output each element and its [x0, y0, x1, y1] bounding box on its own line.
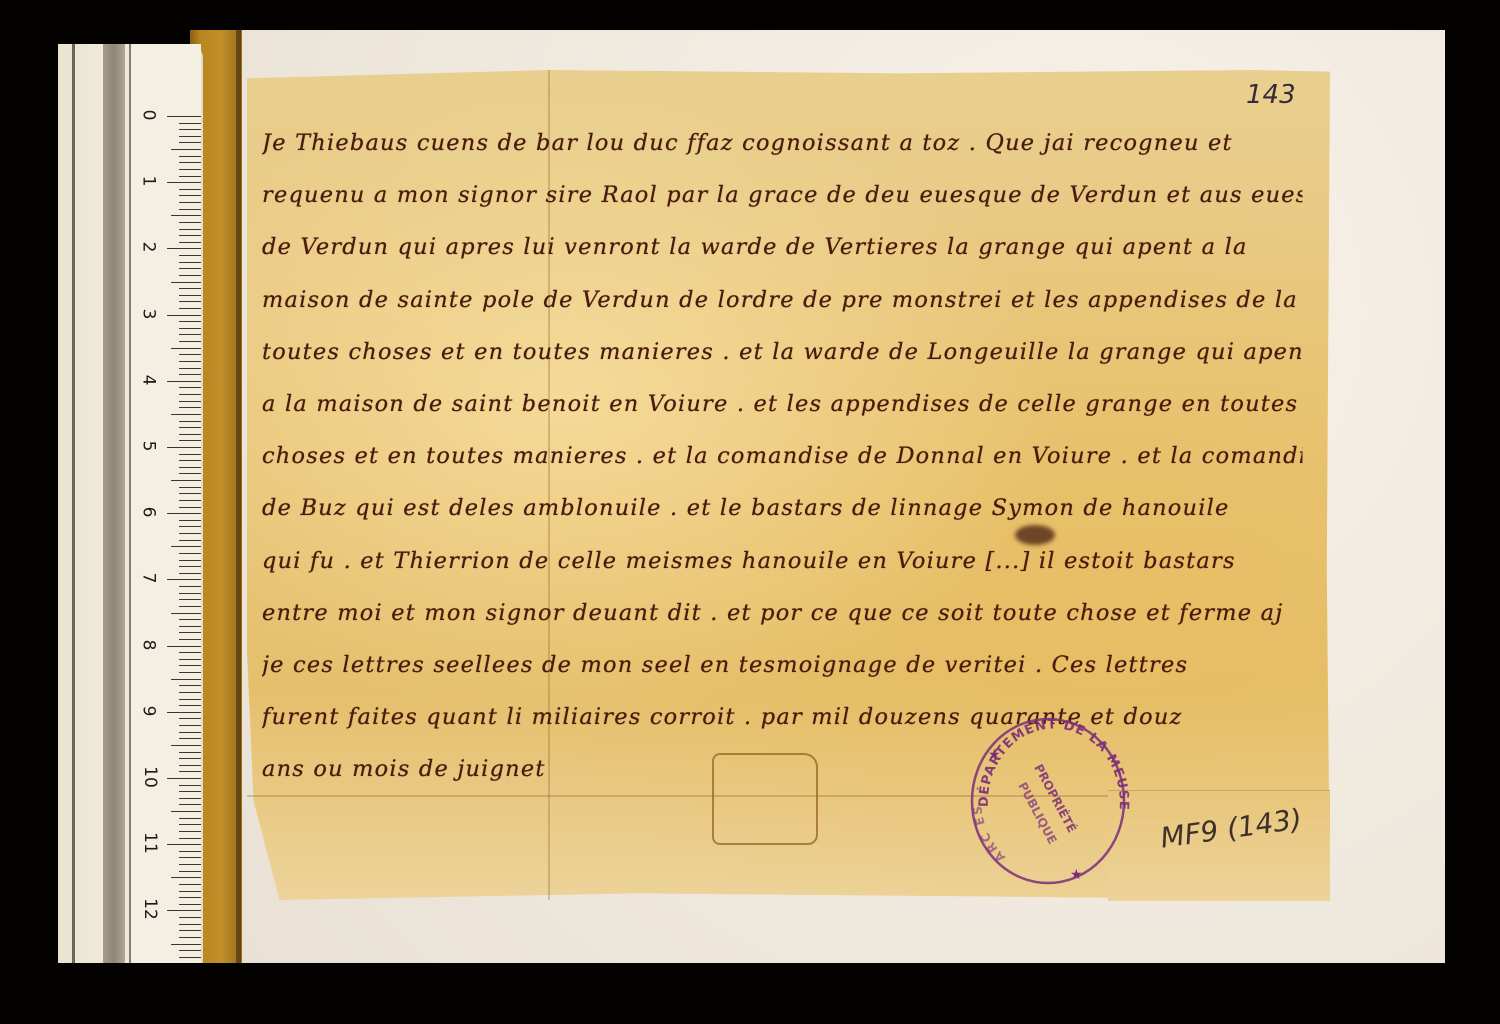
ruler-tick	[167, 646, 201, 647]
ruler-tick	[179, 672, 201, 673]
ruler-tick	[179, 421, 201, 422]
ruler-tick	[171, 613, 201, 614]
ruler-tick	[167, 910, 201, 911]
text-line-4: maison de sainte pole de Verdun de lordr…	[262, 275, 1302, 327]
ruler-tick	[179, 957, 201, 958]
ruler-tick	[179, 804, 201, 805]
text-line-12: furent faites quant li miliaires corroit…	[262, 692, 1302, 744]
text-line-5: toutes choses et en toutes manieres . et…	[262, 327, 1302, 379]
ruler-tick	[179, 725, 201, 726]
text-line-3: de Verdun qui apres lui venront la warde…	[262, 222, 1302, 274]
ruler-tick	[179, 189, 201, 190]
ruler-tick	[179, 129, 201, 130]
ruler-tick	[171, 282, 201, 283]
ruler-tick	[179, 454, 201, 455]
ruler-label: 2	[138, 242, 158, 253]
ruler-tick	[179, 606, 201, 607]
ruler-tick	[179, 785, 201, 786]
ruler-tick	[179, 692, 201, 693]
ruler-tick	[179, 268, 201, 269]
ruler-tick	[171, 480, 201, 481]
ruler-tick	[179, 818, 201, 819]
ruler-tick	[179, 295, 201, 296]
ruler-tick	[167, 778, 201, 779]
text-line-2: requenu a mon signor sire Raol par la gr…	[262, 170, 1302, 222]
ruler-tick	[179, 884, 201, 885]
ruler-tick	[179, 229, 201, 230]
ruler-tick	[179, 765, 201, 766]
ruler-tick	[179, 427, 201, 428]
ruler-tick	[179, 493, 201, 494]
ruler-tick	[179, 924, 201, 925]
ruler-tick	[179, 540, 201, 541]
ruler-tick	[179, 162, 201, 163]
ruler-tick	[179, 301, 201, 302]
star-icon: ★	[1070, 867, 1083, 883]
ruler-tick	[179, 136, 201, 137]
ruler-tick	[179, 156, 201, 157]
ruler-tick	[179, 235, 201, 236]
ruler-tick	[179, 685, 201, 686]
ruler-label: 4	[138, 374, 158, 385]
ruler-tick	[179, 467, 201, 468]
ruler-tick	[179, 937, 201, 938]
ruler-label: 8	[138, 639, 158, 650]
charter-text: Je Thiebaus cuens de bar lou duc ffaz co…	[262, 118, 1282, 796]
ruler-tick	[167, 182, 201, 183]
ruler-tick	[179, 705, 201, 706]
ruler-tick	[179, 288, 201, 289]
ruler-tick	[171, 149, 201, 150]
ruler-tick	[179, 374, 201, 375]
archive-stamp: DÉPARTEMENT DE LA MEUSE ARC ES PROPRIÉTÉ…	[966, 707, 1130, 887]
board-shadow	[236, 30, 241, 963]
text-line-13: ans ou mois de juignet	[262, 744, 1302, 796]
ruler-label: 10	[140, 766, 160, 788]
ruler-tick	[179, 791, 201, 792]
text-line-9: qui fu . et Thierrion de celle meismes h…	[262, 536, 1302, 588]
ruler-tick	[179, 394, 201, 395]
ruler-tick	[167, 579, 201, 580]
ruler-tick	[171, 546, 201, 547]
ruler-label: 9	[138, 705, 158, 716]
ruler-tick	[179, 553, 201, 554]
ruler-tick	[179, 659, 201, 660]
ruler-label: 7	[138, 573, 158, 584]
ruler-tick	[179, 308, 201, 309]
folio-number: 143	[1246, 80, 1296, 110]
ruler-tick	[167, 381, 201, 382]
ruler-tick	[179, 593, 201, 594]
ruler-tick	[179, 328, 201, 329]
ruler-tick	[179, 652, 201, 653]
ruler-tick	[179, 123, 201, 124]
ruler-tick	[179, 354, 201, 355]
ruler-tick	[179, 341, 201, 342]
ruler-label: 12	[140, 899, 160, 921]
ruler-tick	[179, 368, 201, 369]
ruler-label: 6	[138, 507, 158, 518]
ruler-tick	[179, 487, 201, 488]
ruler-tick	[179, 626, 201, 627]
ruler-tick	[179, 758, 201, 759]
ruler-tick	[179, 824, 201, 825]
ruler-tick	[179, 195, 201, 196]
ruler-tick	[179, 891, 201, 892]
ruler-tick	[179, 851, 201, 852]
ruler-tick	[179, 632, 201, 633]
ruler-label: 0	[138, 110, 158, 121]
ruler-tick	[167, 712, 201, 713]
ruler-tick	[171, 215, 201, 216]
ruler-tick	[179, 699, 201, 700]
ruler-tick	[171, 944, 201, 945]
ruler-label: 3	[138, 308, 158, 319]
ruler-tick	[179, 573, 201, 574]
ruler-tick	[167, 315, 201, 316]
stamp-left-text: ARC ES	[970, 803, 1008, 865]
ruler-label: 1	[138, 176, 158, 187]
ruler-tick	[179, 718, 201, 719]
ruler-tick	[179, 864, 201, 865]
ruler-tick	[179, 732, 201, 733]
ruler-tick	[167, 513, 201, 514]
ruler-tick	[171, 745, 201, 746]
text-line-11: je ces lettres seellees de mon seel en t…	[262, 640, 1302, 692]
ruler-tick	[179, 950, 201, 951]
ruler-tick	[171, 679, 201, 680]
ruler-tick	[171, 414, 201, 415]
ruler-tick	[179, 904, 201, 905]
ruler-tick	[179, 665, 201, 666]
ruler-tick	[167, 248, 201, 249]
ruler-label: 11	[140, 832, 160, 854]
ruler-tick	[179, 619, 201, 620]
ruler-tick	[179, 599, 201, 600]
ruler-tick	[179, 361, 201, 362]
ruler-tick	[171, 348, 201, 349]
text-line-8: de Buz qui est deles amblonuile . et le …	[262, 483, 1302, 535]
ruler-tick	[179, 176, 201, 177]
star-icon: ★	[988, 747, 1001, 763]
ruler-tick	[179, 838, 201, 839]
ruler-tick	[179, 334, 201, 335]
ruler-tick	[179, 202, 201, 203]
text-line-1: Je Thiebaus cuens de bar lou duc ffaz co…	[262, 118, 1302, 170]
ruler-tick	[179, 169, 201, 170]
ruler-tick	[179, 566, 201, 567]
ruler-tick	[179, 387, 201, 388]
ruler-tick	[179, 798, 201, 799]
ruler-tick	[179, 752, 201, 753]
ruler-tick	[179, 897, 201, 898]
text-line-10: entre moi et mon signor deuant dit . et …	[262, 588, 1302, 640]
ruler-tick	[167, 116, 201, 117]
svg-text:ARC ES: ARC ES	[970, 803, 1008, 865]
ruler-tick	[167, 844, 201, 845]
ruler-tick	[179, 321, 201, 322]
ruler-tick	[179, 255, 201, 256]
ruler-tick	[179, 520, 201, 521]
ruler-groove	[103, 44, 125, 963]
ruler-tick	[179, 242, 201, 243]
text-line-7: choses et en toutes manieres . et la com…	[262, 431, 1302, 483]
ruler-tick	[179, 460, 201, 461]
ruler-tick	[179, 586, 201, 587]
ruler-tick	[179, 771, 201, 772]
ruler-tick	[179, 560, 201, 561]
ruler-tick	[179, 917, 201, 918]
ruler-tick	[179, 262, 201, 263]
ruler-tick	[179, 857, 201, 858]
ruler-tick	[179, 507, 201, 508]
ruler-edge-line	[72, 44, 75, 963]
ruler-tick	[179, 275, 201, 276]
ruler-tick	[179, 526, 201, 527]
ruler-tick	[179, 222, 201, 223]
ruler-tick	[167, 447, 201, 448]
ruler-tick	[179, 209, 201, 210]
ruler-tick	[179, 440, 201, 441]
ruler-tick	[171, 877, 201, 878]
ruler-tick	[171, 811, 201, 812]
ruler-tick	[179, 434, 201, 435]
ruler-tick	[179, 871, 201, 872]
ruler-tick	[179, 401, 201, 402]
text-line-6: a la maison de saint benoit en Voiure . …	[262, 379, 1302, 431]
ruler-tick	[179, 473, 201, 474]
ruler-tick	[179, 738, 201, 739]
ruler-tick	[179, 831, 201, 832]
ruler-label: 5	[138, 441, 158, 452]
ruler-tick	[179, 930, 201, 931]
ruler-tick	[179, 533, 201, 534]
ruler-tick	[179, 639, 201, 640]
ruler-scale: 0123456789101112	[131, 44, 201, 963]
ruler-tick	[179, 407, 201, 408]
ruler-tick	[179, 500, 201, 501]
ruler-tick	[179, 142, 201, 143]
